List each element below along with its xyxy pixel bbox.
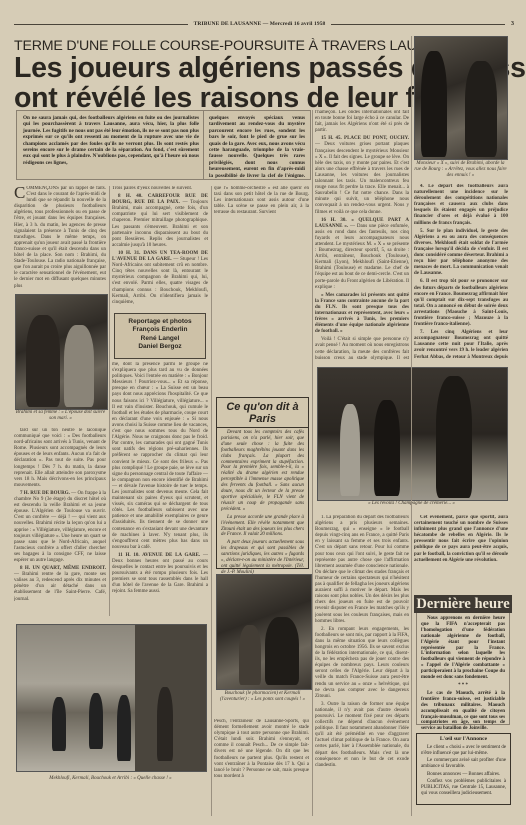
photo-caption-monsieur-x: Monsieur « X », suivi de Brahimi, aborde… xyxy=(413,161,508,179)
lede-box-right: quelques envoyés spéciaux venus tardivem… xyxy=(203,110,311,180)
column-4-top: l'hameçon. Les ondes internationales ont… xyxy=(315,110,409,360)
derniere-heure-banner: Dernière heure xyxy=(414,595,512,613)
photo-caption-street: Mekhloufi, Kermali, Bouchouk et Arribi :… xyxy=(14,776,207,782)
section-1110-title: 11 H. 10. AVENUE DE LA GARE. xyxy=(118,553,200,558)
column-3-bottom: Pesch, l'entraîneur de Lausanne-Sports, … xyxy=(214,719,309,819)
page-number: 3 xyxy=(511,21,514,27)
column-2-body: me, dont la présence parmi le groupe ne … xyxy=(112,362,208,620)
photo-figure xyxy=(421,51,447,157)
column-5-top: 4. Le départ des footballeurs aura natur… xyxy=(414,184,508,360)
drop-cap: C xyxy=(14,186,25,200)
photo-figure xyxy=(340,404,360,496)
column-4-points: 1. La préparation du départ des football… xyxy=(315,515,409,815)
main-headline: Les joueurs algériens passés en Suisse o… xyxy=(14,53,410,113)
masthead: TRIBUNE DE LAUSANNE — Mercredi 16 avril … xyxy=(14,19,514,29)
lede-box-left: On ne saura jamais qui, des footballeurs… xyxy=(16,110,206,180)
photo-monsieur-x xyxy=(414,36,508,160)
headline-line-2: ont révélé les raisons de leur fuite xyxy=(14,83,410,113)
photo-figure xyxy=(117,695,131,761)
column-2-top: Trois paires d'yeux nouvelles le suivent… xyxy=(112,186,208,310)
photo-figure xyxy=(64,325,94,407)
photo-figure xyxy=(265,617,299,685)
photo-bouchouk-kermali xyxy=(216,574,312,690)
photo-figure xyxy=(465,61,497,157)
photo-street-lausanne xyxy=(16,624,207,772)
photo-figure xyxy=(26,315,60,407)
column-3-top: que l'« homme-orchestre » est allé quéri… xyxy=(214,186,309,394)
section-1545-title: 15 H. 45. PLACE DU PONT, OUCHY. xyxy=(321,136,409,141)
headline-line-1: Les joueurs algériens passés en Suisse xyxy=(14,53,410,83)
photo-figure xyxy=(157,687,173,761)
photo-brahimi-and-wife xyxy=(15,294,108,410)
oeil-sur-annonce-box: L'œil sur l'Annonce Le client « choisi »… xyxy=(416,733,511,805)
photo-group-exit xyxy=(317,367,508,501)
section-8h-title: 8 H. UN QUART, MÊME ENDROIT. xyxy=(20,566,106,571)
photo-caption-cafe: Bouchouk (le pharmacien) et Kermali (l'a… xyxy=(214,691,311,703)
reportage-credit-box: Reportage et photos François Enderlin Re… xyxy=(114,313,206,359)
annonce-title: L'œil sur l'Annonce xyxy=(421,737,506,743)
masthead-rule-left xyxy=(14,24,188,25)
photo-figure xyxy=(436,376,472,498)
photo-figure xyxy=(239,625,261,685)
column-divider xyxy=(411,36,412,816)
masthead-title: TRIBUNE DE LAUSANNE — Mercredi 16 avril … xyxy=(188,21,332,27)
box-ce-qu-on-dit-a-paris: Ce qu'on dit à Paris Devant tous les com… xyxy=(216,397,309,569)
column-divider xyxy=(312,110,313,816)
section-7h-title: 7 H. RUE DE BOURG. xyxy=(20,491,70,496)
column-5-closing: Cet événement, parce que sportif, aura c… xyxy=(414,515,508,591)
column-divider xyxy=(211,186,212,816)
column-1-body: tard sur un ton neutre le laconique comm… xyxy=(14,428,106,620)
fln-quote: « Mes camarades ici présents ont quitté … xyxy=(315,293,409,336)
paris-box-title: Ce qu'on dit à Paris xyxy=(217,401,308,428)
photo-figure xyxy=(374,400,400,496)
photo-figure xyxy=(89,693,103,749)
photo-caption-brahimi: Brahimi et sa femme : « L'épouse doit su… xyxy=(14,410,107,422)
column-divider xyxy=(109,186,110,616)
column-1-intro: COMMENÇONS par un rappel de faits. C'est… xyxy=(14,186,106,288)
derniere-heure-body: Nous apprenons en dernière heure que la … xyxy=(416,613,510,725)
photo-figure xyxy=(52,697,66,751)
masthead-rule-right xyxy=(331,24,505,25)
newspaper-page: TRIBUNE DE LAUSANNE — Mercredi 16 avril … xyxy=(0,0,526,825)
